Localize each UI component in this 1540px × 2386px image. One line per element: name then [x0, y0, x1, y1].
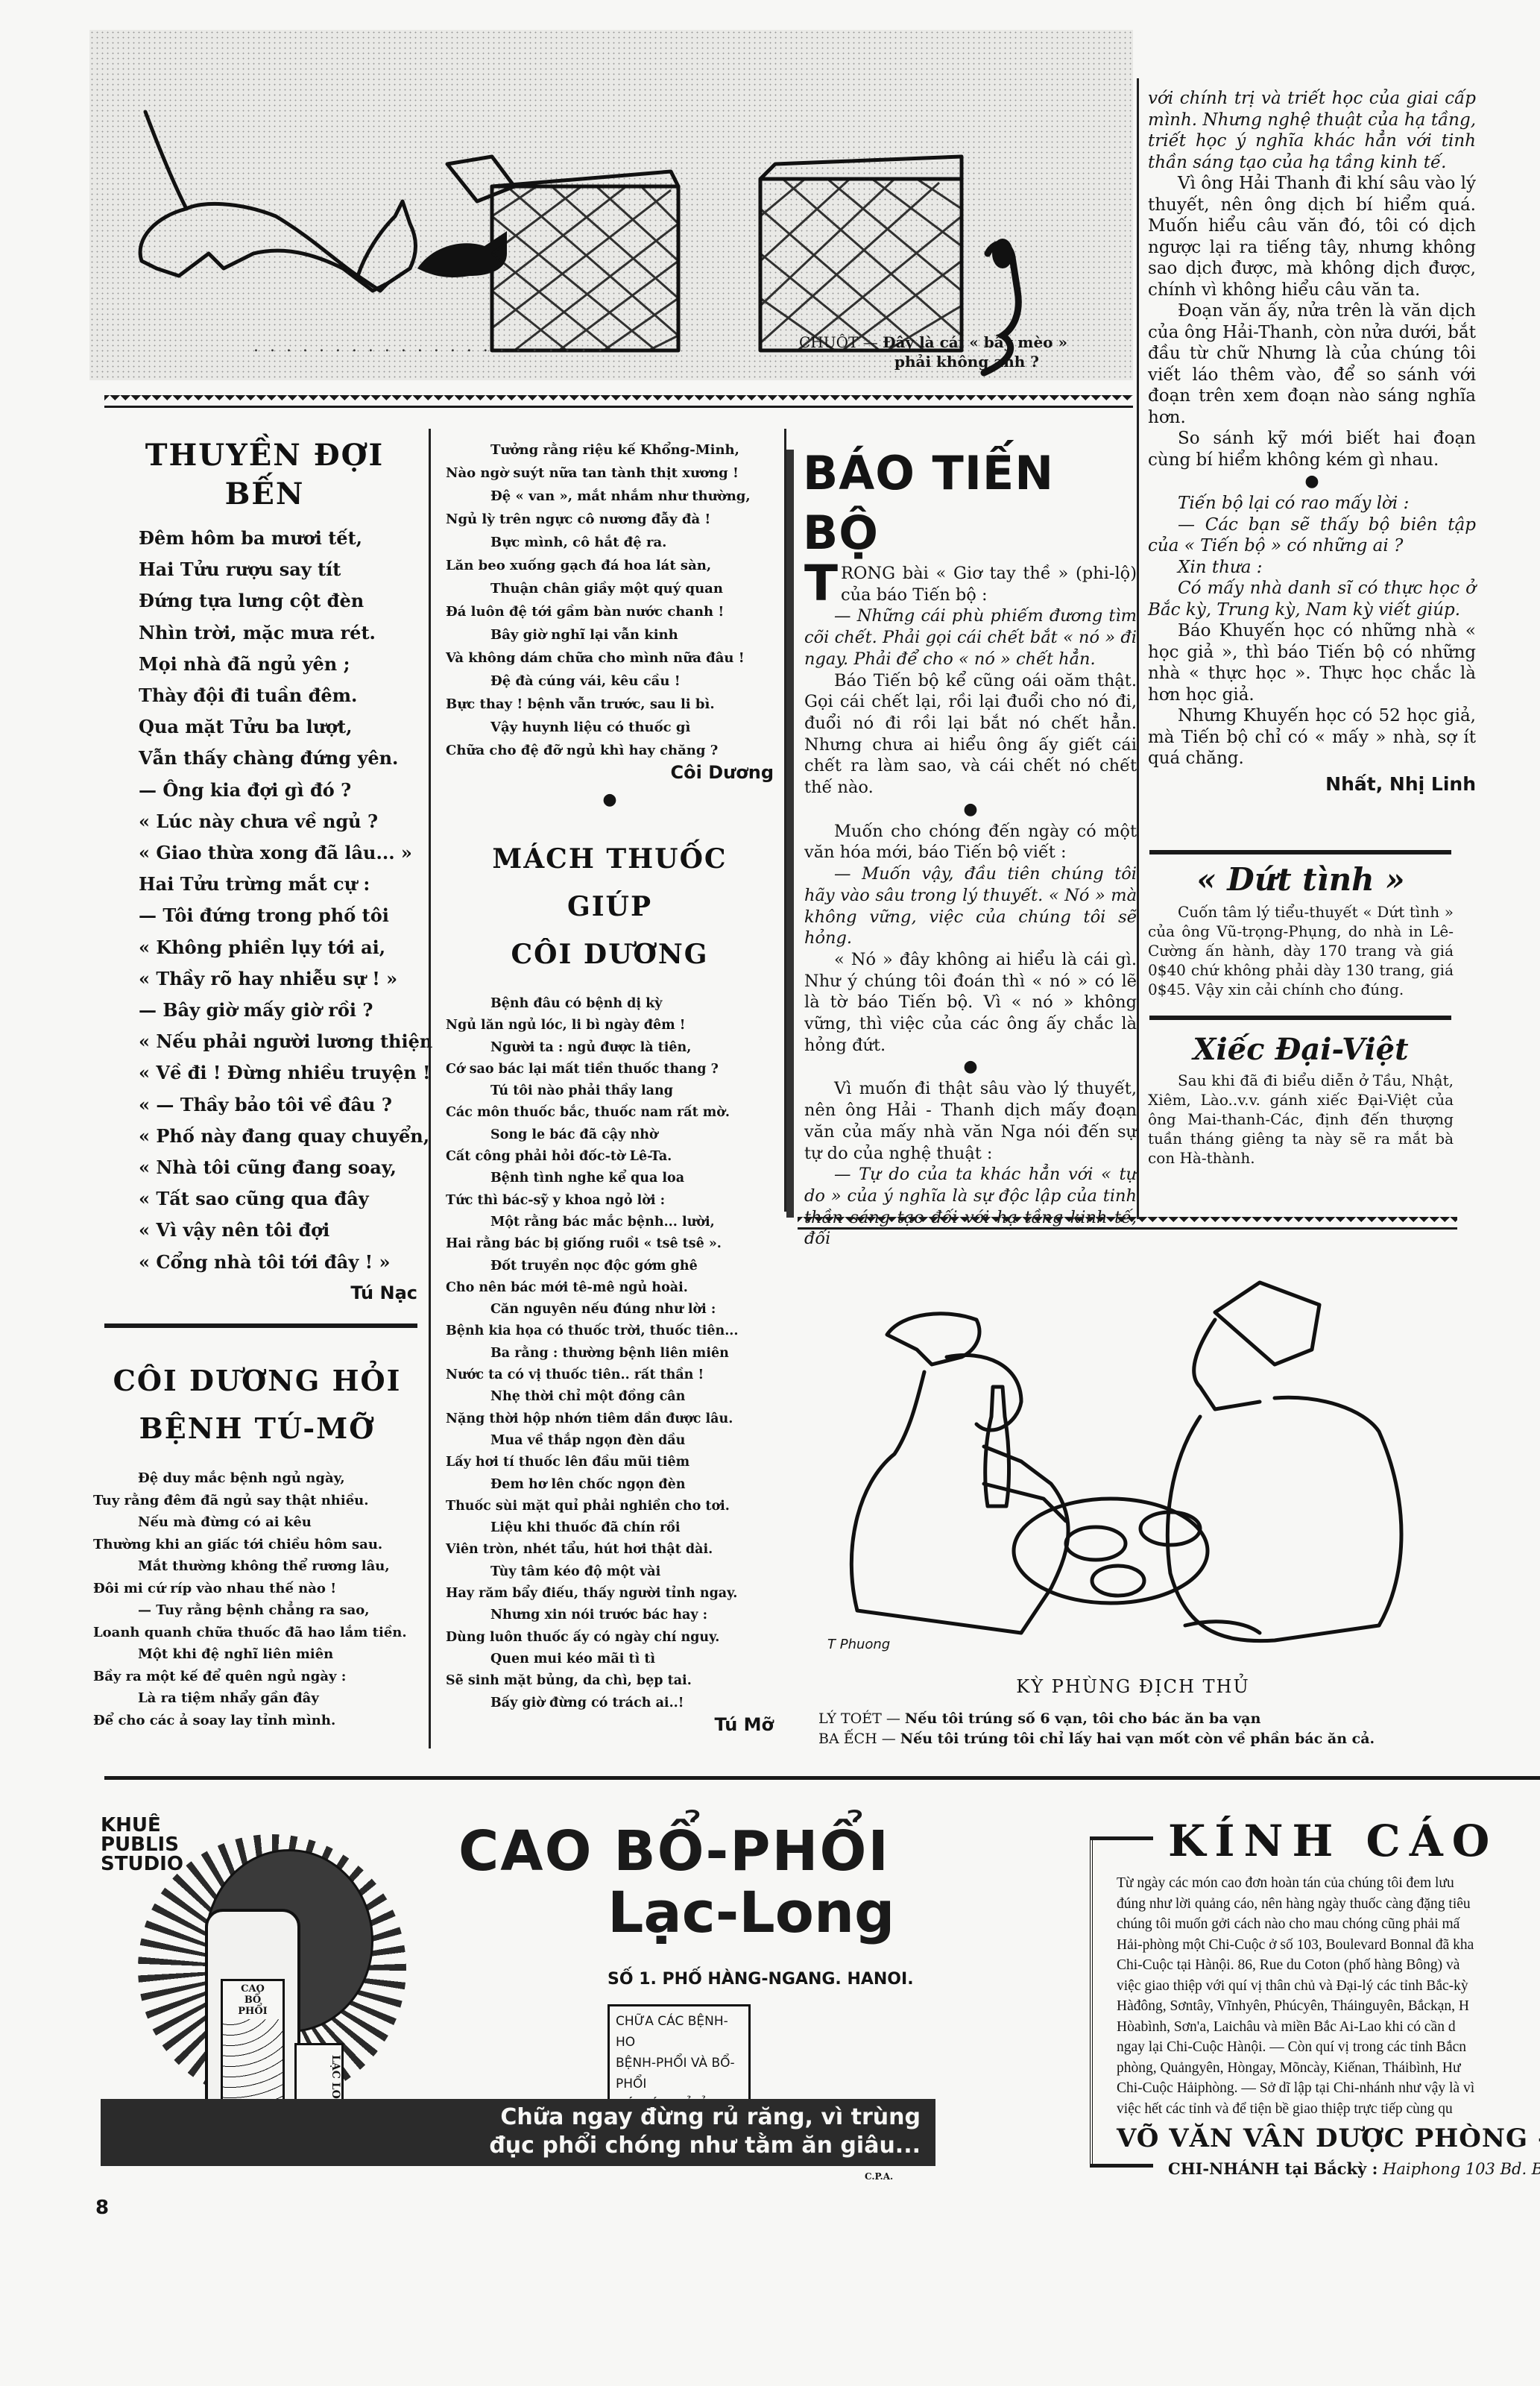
- poem-author: Tú Nạc: [112, 1282, 417, 1303]
- poem-line: Liệu khi thuốc đã chín rồi: [446, 1517, 774, 1539]
- ad-cao-bo-phoi-lac-long: KHUÊ PUBLIS STUDIO CAO BỔ PHỔI LẠC LONG …: [93, 1804, 921, 2177]
- poem-line: « Vì vậy nên tôi đợi: [139, 1215, 417, 1246]
- poem-line: Tức thì bác-sỹ y khoa ngỏ lời :: [446, 1190, 774, 1212]
- article-bao-tien-bo: BÁO TIẾN BỘ T RONG bài « Giơ tay thề » (…: [786, 444, 1137, 1250]
- poem-lines: Tưởng rằng riệu kế Khổng-Minh,Nào ngờ su…: [446, 438, 774, 762]
- lead-paragraph: T RONG bài « Giơ tay thề » (phi-lộ) của …: [804, 563, 1137, 605]
- brand-name: CAO BỔ-PHỔI: [458, 1819, 890, 1883]
- ornamental-divider: [104, 395, 1133, 408]
- quote: — Các bạn sẽ thấy bộ biên tập của « Tiến…: [1148, 514, 1476, 557]
- poem-line: Căn nguyên nếu đúng như lời :: [446, 1299, 774, 1321]
- poem-line: Chữa cho đệ đỡ ngủ khì hay chăng ?: [446, 739, 774, 762]
- poem-line: việc giao thiệp với quí vị thân chủ và Đ…: [1117, 1976, 1540, 1997]
- poem-line: Và không dám chữa cho mình nữa đâu !: [446, 646, 774, 670]
- quote: — Tự do của ta khác hẳn với « tự do » củ…: [804, 1164, 1137, 1250]
- label-text: PHỔI: [223, 2006, 283, 2017]
- cartoon-dialogue: LÝ TOÉT — Nếu tôi trúng số 6 vạn, tôi ch…: [818, 1709, 1474, 1749]
- caption-speaker: CHUỘT —: [799, 333, 878, 351]
- poem-line: « Nhà tôi cũng đang soay,: [139, 1152, 417, 1183]
- poem-line: Hòabình, Sơn'a, Laichâu và miền Bắc Ai-L…: [1117, 2017, 1540, 2038]
- poem-line: Đệ « van », mắt nhắm như thường,: [446, 485, 774, 508]
- ad-title: KÍNH CÁO: [1168, 1816, 1498, 1866]
- two-men-drinking-illustration: [798, 1238, 1468, 1655]
- paragraph: Muốn cho chóng đến ngày có một văn hóa m…: [804, 821, 1137, 863]
- poem-line: Là ra tiệm nhẩy gần đây: [93, 1687, 421, 1710]
- dialogue-text: Nếu tôi trúng tôi chỉ lấy hai vạn mốt cò…: [900, 1731, 1375, 1747]
- paragraph: Báo Khuyến học có những nhà « học giả »,…: [1148, 620, 1476, 705]
- poem-line: Ngủ lăn ngủ lóc, li bì ngày đêm !: [446, 1015, 774, 1036]
- notice-text: Sau khi đã đi biểu diễn ở Tầu, Nhật, Xiê…: [1148, 1071, 1454, 1168]
- poem-lines: Bệnh đâu có bệnh dị kỳNgủ lăn ngủ lóc, l…: [446, 993, 774, 1714]
- poem-line: Nhìn trời, mặc mưa rét.: [139, 617, 417, 649]
- poem-line: Bây giờ nghĩ lại vẫn kinh: [446, 623, 774, 646]
- poem-line: việc hết các tỉnh và để tiện bề giao thi…: [1117, 2099, 1540, 2120]
- slogan-line: đục phổi chóng như tằm ăn giâu...: [101, 2132, 921, 2160]
- poem-title-line-1: CÔI DƯƠNG HỎI: [93, 1357, 421, 1405]
- poem-line: « Tất sao cũng qua đây: [139, 1183, 417, 1215]
- poem-line: Nước ta có vị thuốc tiên.. rất thần !: [446, 1364, 774, 1386]
- poem-thuyen-doi-ben: THUYỀN ĐỢI BẾN Đêm hôm ba mươi tết,Hai T…: [112, 436, 417, 1303]
- ad-frame-left: [1090, 1838, 1097, 2166]
- paragraph: Xin thưa :: [1148, 557, 1476, 579]
- poem-line: Để cho các ả soay lay tỉnh mình.: [93, 1710, 421, 1732]
- italic-quote-end: với chính trị và triết học của giai cấp …: [1148, 88, 1476, 173]
- poem-line: Đứng tựa lưng cột đèn: [139, 585, 417, 617]
- claim-line: CHỮA CÁC BỆNH-HO: [616, 2011, 742, 2053]
- notice-body: Sau khi đã đi biểu diễn ở Tầu, Nhật, Xiê…: [1148, 1071, 1454, 1168]
- poem-line: Ba rằng : thường bệnh liên miên: [446, 1343, 774, 1364]
- dialogue-line: LÝ TOÉT — Nếu tôi trúng số 6 vạn, tôi ch…: [818, 1709, 1474, 1729]
- divider: [104, 1776, 1540, 1780]
- poem-line: Dùng luôn thuốc ấy có ngày chí nguy.: [446, 1627, 774, 1649]
- poem-line: Hàđông, Sơntây, Vĩnhyên, Phúcyên, Tháing…: [1117, 1996, 1540, 2017]
- poem-line: Thuốc sùi mặt quỉ phải nghiền cho tơi.: [446, 1496, 774, 1517]
- poem-lines: Đệ duy mắc bệnh ngủ ngày,Tuy rằng đêm đã…: [93, 1467, 421, 1731]
- poem-line: Vẫn thấy chàng đứng yên.: [139, 743, 417, 774]
- poem-line: Vậy huynh liệu có thuốc gì: [446, 716, 774, 739]
- section-dot: ●: [804, 1056, 1137, 1078]
- article-continuation: với chính trị và triết học của giai cấp …: [1148, 88, 1476, 795]
- poem-line: — Ông kia đợi gì đó ?: [139, 775, 417, 806]
- poem-line: « Không phiền lụy tới ai,: [139, 932, 417, 963]
- poem-author: Tú Mỡ: [446, 1714, 774, 1735]
- poem-line: Tưởng rằng riệu kế Khổng-Minh,: [446, 438, 774, 462]
- poem-line: « Lúc này chưa về ngủ ?: [139, 806, 417, 837]
- poem-line: « Phố này đang quay chuyển,: [139, 1121, 417, 1152]
- studio-credit: KHUÊ PUBLIS STUDIO: [101, 1816, 183, 1874]
- poem-line: Bệnh tình nghe kể qua loa: [446, 1168, 774, 1189]
- poem-coi-duong-continued: Tưởng rằng riệu kế Khổng-Minh,Nào ngờ su…: [446, 438, 774, 811]
- artist-signature: T Phuong: [827, 1637, 890, 1652]
- poem-line: « Thầy rõ hay nhiễu sự ! »: [139, 963, 417, 995]
- speaker: LÝ TOÉT —: [818, 1710, 900, 1727]
- poem-line: Lăn beo xuống gạch đá hoa lát sàn,: [446, 554, 774, 577]
- notice-text: Cuốn tâm lý tiểu-thuyết « Dứt tình » của…: [1148, 902, 1454, 999]
- poem-line: — Bây giờ mấy giờ rồi ?: [139, 995, 417, 1026]
- poem-line: Loanh quanh chữa thuốc đã hao lắm tiền.: [93, 1622, 421, 1644]
- divider: [1149, 1016, 1451, 1020]
- branch-address: Haiphong 103 Bd. B: [1383, 2160, 1540, 2178]
- drop-cap: T: [804, 563, 838, 605]
- poem-line: « Giao thừa xong đã lâu... »: [139, 837, 417, 869]
- poem-line: Thuận chân giầy một quý quan: [446, 577, 774, 600]
- poem-line: Đệ đà cúng vái, kêu cầu !: [446, 670, 774, 693]
- poem-line: Đệ duy mắc bệnh ngủ ngày,: [93, 1467, 421, 1490]
- dialogue-text: Nếu tôi trúng số 6 vạn, tôi cho bác ăn b…: [905, 1710, 1261, 1727]
- poem-line: Một rằng bác mắc bệnh... lười,: [446, 1212, 774, 1233]
- paragraph: Vì muốn đi thật sâu vào lý thuyết, nên ô…: [804, 1078, 1137, 1164]
- poem-line: Hay răm bẩy điếu, thấy người tỉnh ngay.: [446, 1583, 774, 1605]
- poem-line: Đốt truyền nọc độc gớm ghê: [446, 1256, 774, 1277]
- quote: Có mấy nhà danh sĩ có thực học ở Bắc kỳ,…: [1148, 578, 1476, 620]
- ad-credit: C.P.A.: [865, 2171, 893, 2182]
- studio-line: PUBLIS: [101, 1835, 183, 1854]
- poem-line: Tú tôi nào phải thầy lang: [446, 1080, 774, 1102]
- poem-line: phòng, Quảngyên, Hòngay, Mõncày, Kiếnan,…: [1117, 2058, 1540, 2079]
- poem-line: Bệnh kia họa có thuốc trời, thuốc tiên..…: [446, 1321, 774, 1342]
- paragraph: « Nó » đây không ai hiểu là cái gì. Như …: [804, 949, 1137, 1057]
- section-dot: ●: [446, 789, 774, 811]
- poem-line: Tuy rằng đêm đã ngủ say thật nhiều.: [93, 1490, 421, 1512]
- poem-title-line-2: CÔI DƯƠNG: [446, 931, 774, 978]
- poem-line: Nhưng xin nói trước bác hay :: [446, 1605, 774, 1626]
- claim-line: BỆNH-PHỔI VÀ BỔ-PHỔI: [616, 2053, 742, 2094]
- studio-line: KHUÊ: [101, 1816, 183, 1835]
- poem-line: Mua về thắp ngọn đèn dầu: [446, 1430, 774, 1452]
- poem-line: Hải-phòng một Chi-Cuộc ở số 103, Bouleva…: [1117, 1935, 1540, 1956]
- ad-frame-bottom: [1090, 2164, 1153, 2168]
- poem-line: Nhẹ thời chỉ một đồng cân: [446, 1386, 774, 1408]
- poem-line: Mắt thường không thể rương lâu,: [93, 1555, 421, 1578]
- section-dot: ●: [1148, 470, 1476, 493]
- paragraph: Tiến bộ lại có rao mấy lời :: [1148, 493, 1476, 514]
- paragraph: Vì ông Hải Thanh đi khí sâu vào lý thuyế…: [1148, 173, 1476, 300]
- cartoon-title: KỲ PHÙNG ĐỊCH THỦ: [798, 1676, 1468, 1697]
- cat-and-traps-illustration: [89, 30, 1133, 380]
- brand-name-2: Lạc-Long: [608, 1879, 894, 1945]
- poem-title-line-2: BỆNH TÚ-MỠ: [93, 1405, 421, 1452]
- poem-line: Bực mình, cô hắt đệ ra.: [446, 531, 774, 554]
- paragraph: So sánh kỹ mới biết hai đoạn cùng bí hiể…: [1148, 428, 1476, 470]
- poem-line: Thày đội đi tuần đêm.: [139, 680, 417, 711]
- ad-frame-top: [1090, 1836, 1153, 1840]
- poem-line: Mọi nhà đã ngủ yên ;: [139, 649, 417, 680]
- label-text: CAO: [223, 1983, 283, 1995]
- poem-line: Ngủ lỳ trên ngực cô nương đẫy đà !: [446, 508, 774, 531]
- bottle-label: CAO BỔ PHỔI: [221, 1979, 285, 2118]
- label-text: BỔ: [223, 1995, 283, 2006]
- notice-title: « Dứt tình »: [1148, 857, 1454, 902]
- quote: — Muốn vậy, đầu tiên chúng tôi hãy vào s…: [804, 863, 1137, 949]
- poem-line: Bực thay ! bệnh vẫn trước, sau li bì.: [446, 693, 774, 716]
- poem-line: Bầy ra một kế để quên ngủ ngày :: [93, 1666, 421, 1688]
- ornamental-divider: [798, 1217, 1457, 1230]
- speaker: BA ẾCH —: [818, 1731, 896, 1747]
- poem-line: « Về đi ! Đừng nhiều truyện !: [139, 1057, 417, 1089]
- poem-line: Chi-Cuộc Hảiphòng. — Sở dĩ lập tại Chi-n…: [1117, 2078, 1540, 2099]
- notice-body: Cuốn tâm lý tiểu-thuyết « Dứt tình » của…: [1148, 902, 1454, 999]
- company-name: VÕ VĂN VÂN DƯỢC PHÒNG — Tổ: [1117, 2124, 1540, 2153]
- poem-line: Từ ngày các món cao đơn hoàn tán của chú…: [1117, 1873, 1540, 1894]
- notice-xiec: Xiếc Đại-Việt Sau khi đã đi biểu diễn ở …: [1148, 1029, 1454, 1168]
- branch-line: CHI-NHÁNH tại Bắckỳ : Haiphong 103 Bd. B: [1168, 2159, 1540, 2178]
- poem-line: — Tôi đứng trong phố tôi: [139, 900, 417, 931]
- poem-author: Côi Dương: [446, 762, 774, 783]
- article-body: T RONG bài « Giơ tay thề » (phi-lộ) của …: [804, 563, 1137, 1250]
- section-dot: ●: [804, 799, 1137, 821]
- dialogue-line: BA ẾCH — Nếu tôi trúng tôi chỉ lấy hai v…: [818, 1729, 1474, 1749]
- ad-body: Từ ngày các món cao đơn hoàn tán của chú…: [1117, 1873, 1540, 2119]
- column-divider: [1137, 78, 1139, 1219]
- top-cartoon-caption: CHUỘT — Đây là cái « bẫy mèo » phải khôn…: [799, 333, 1112, 371]
- top-cartoon: [89, 30, 1133, 380]
- notice-title: Xiếc Đại-Việt: [1148, 1029, 1454, 1071]
- poem-line: « — Thầy bảo tôi về đâu ?: [139, 1089, 417, 1121]
- notice-dut-tinh: « Dứt tình » Cuốn tâm lý tiểu-thuyết « D…: [1148, 857, 1454, 999]
- ad-address: SỐ 1. PHỐ HÀNG-NGANG. HANOI.: [608, 1970, 914, 1989]
- poem-title: THUYỀN ĐỢI BẾN: [112, 436, 417, 514]
- top-cartoon-dots: . . . . . . . . . . . . . . . . . . . . …: [253, 337, 606, 356]
- poem-line: Song le bác đã cậy nhờ: [446, 1124, 774, 1146]
- poem-line: Thường khi an giấc tới chiều hôm sau.: [93, 1534, 421, 1556]
- poem-line: Các môn thuốc bắc, thuốc nam rất mờ.: [446, 1102, 774, 1124]
- paragraph: Đoạn văn ấy, nửa trên là văn dịch của ôn…: [1148, 300, 1476, 428]
- caption-line-1: Đây là cái « bẫy mèo »: [883, 333, 1067, 351]
- poem-line: Chi-Cuộc tại Hànội. 86, Rue du Coton (ph…: [1117, 1955, 1540, 1976]
- studio-line: STUDIO: [101, 1854, 183, 1874]
- poem-line: Qua mặt Tửu ba lượt,: [139, 711, 417, 743]
- poem-line: Hai Tửu rượu say tít: [139, 554, 417, 585]
- poem-line: Người ta : ngủ được là tiên,: [446, 1037, 774, 1059]
- quote: — Những cái phù phiếm đương tìm cõi chết…: [804, 605, 1137, 670]
- caption-line-2: phải không anh ?: [799, 353, 1039, 371]
- divider: [1149, 850, 1451, 854]
- lead-text: RONG bài « Giơ tay thề » (phi-lộ) của bá…: [841, 564, 1137, 605]
- poem-line: Cớ sao bác lại mất tiền thuốc thang ?: [446, 1059, 774, 1080]
- poem-coi-duong-hoi: CÔI DƯƠNG HỎI BỆNH TÚ-MỠ Đệ duy mắc bệnh…: [93, 1357, 421, 1731]
- poem-line: Nếu mà đừng có ai kêu: [93, 1511, 421, 1534]
- poem-line: Nào ngờ suýt nữa tan tành thịt xương !: [446, 462, 774, 485]
- poem-line: Hai rằng bác bị giống ruồi « tsê tsê ».: [446, 1233, 774, 1255]
- poem-line: — Tuy rằng bệnh chẳng ra sao,: [93, 1599, 421, 1622]
- poem-line: Cho nên bác mới tê-mê ngủ hoài.: [446, 1277, 774, 1299]
- poem-line: Lấy hơi tí thuốc lên đầu mũi tiêm: [446, 1452, 774, 1473]
- poem-line: Đêm hôm ba mươi tết,: [139, 523, 417, 554]
- cartoon-ky-phung-dich-thu: T Phuong: [798, 1238, 1468, 1655]
- slogan-line: Chữa ngay đừng rủ răng, vì trùng: [101, 2103, 921, 2132]
- paragraph: Nhưng Khuyến học có 52 học giả, mà Tiến …: [1148, 705, 1476, 769]
- poem-line: Bệnh đâu có bệnh dị kỳ: [446, 993, 774, 1015]
- branch-label: CHI-NHÁNH tại Bắckỳ :: [1168, 2159, 1378, 2178]
- poem-line: Sẽ sinh mặt bủng, da chì, bẹp tai.: [446, 1670, 774, 1692]
- poem-lines: Đêm hôm ba mươi tết,Hai Tửu rượu say tít…: [112, 523, 417, 1278]
- article-side-bar: [786, 450, 794, 1218]
- poem-line: Cất công phải hỏi đốc-tờ Lê-Ta.: [446, 1146, 774, 1168]
- poem-line: Đá luôn đệ tới gầm bàn nước chanh !: [446, 600, 774, 623]
- poem-line: « Nếu phải người lương thiện: [139, 1026, 417, 1057]
- poem-mach-thuoc: MÁCH THUỐC GIÚP CÔI DƯƠNG Bệnh đâu có bệ…: [446, 835, 774, 1735]
- column-divider: [429, 429, 431, 1748]
- page-number: 8: [95, 2197, 109, 2219]
- poem-line: đúng như lời quảng cáo, nên hàng ngày th…: [1117, 1894, 1540, 1915]
- poem-line: Viên tròn, nhét tẩu, hút hơi thật dài.: [446, 1539, 774, 1561]
- poem-line: Đôi mi cứ ríp vào nhau thế nào !: [93, 1578, 421, 1600]
- medicine-bottle: CAO BỔ PHỔI: [205, 1909, 300, 2131]
- slogan-band: Chữa ngay đừng rủ răng, vì trùng đục phổ…: [101, 2099, 935, 2166]
- poem-line: Một khi đệ nghĩ liên miên: [93, 1643, 421, 1666]
- poem-line: Đem hơ lên chốc ngọn đèn: [446, 1474, 774, 1496]
- divider: [104, 1323, 417, 1328]
- poem-line: Bấy giờ đừng có trách ai..!: [446, 1693, 774, 1714]
- poem-line: Hai Tửu trừng mắt cự :: [139, 869, 417, 900]
- poem-line: Tùy tâm kéo độ một vài: [446, 1561, 774, 1583]
- poem-line: ngay lại Chi-Cuộc Hànội. — Còn quí vị tr…: [1117, 2037, 1540, 2058]
- article-signature: Nhất, Nhị Linh: [1148, 774, 1476, 796]
- poem-title-line-1: MÁCH THUỐC GIÚP: [446, 835, 774, 931]
- poem-line: « Cổng nhà tôi tới đây ! »: [139, 1247, 417, 1278]
- article-title: BÁO TIẾN BỘ: [803, 444, 1137, 563]
- ad-kinh-cao: KÍNH CÁO Từ ngày các món cao đơn hoàn tá…: [1090, 1812, 1540, 2200]
- poem-line: Quen mui kéo mãi tì tì: [446, 1649, 774, 1670]
- poem-line: chúng tôi muốn gởi cách nào cho mau chón…: [1117, 1914, 1540, 1935]
- paragraph: Báo Tiến bộ kể cũng oái oăm thật. Gọi cá…: [804, 670, 1137, 799]
- poem-line: Nặng thời hộp nhớn tiêm dần được lâu.: [446, 1408, 774, 1430]
